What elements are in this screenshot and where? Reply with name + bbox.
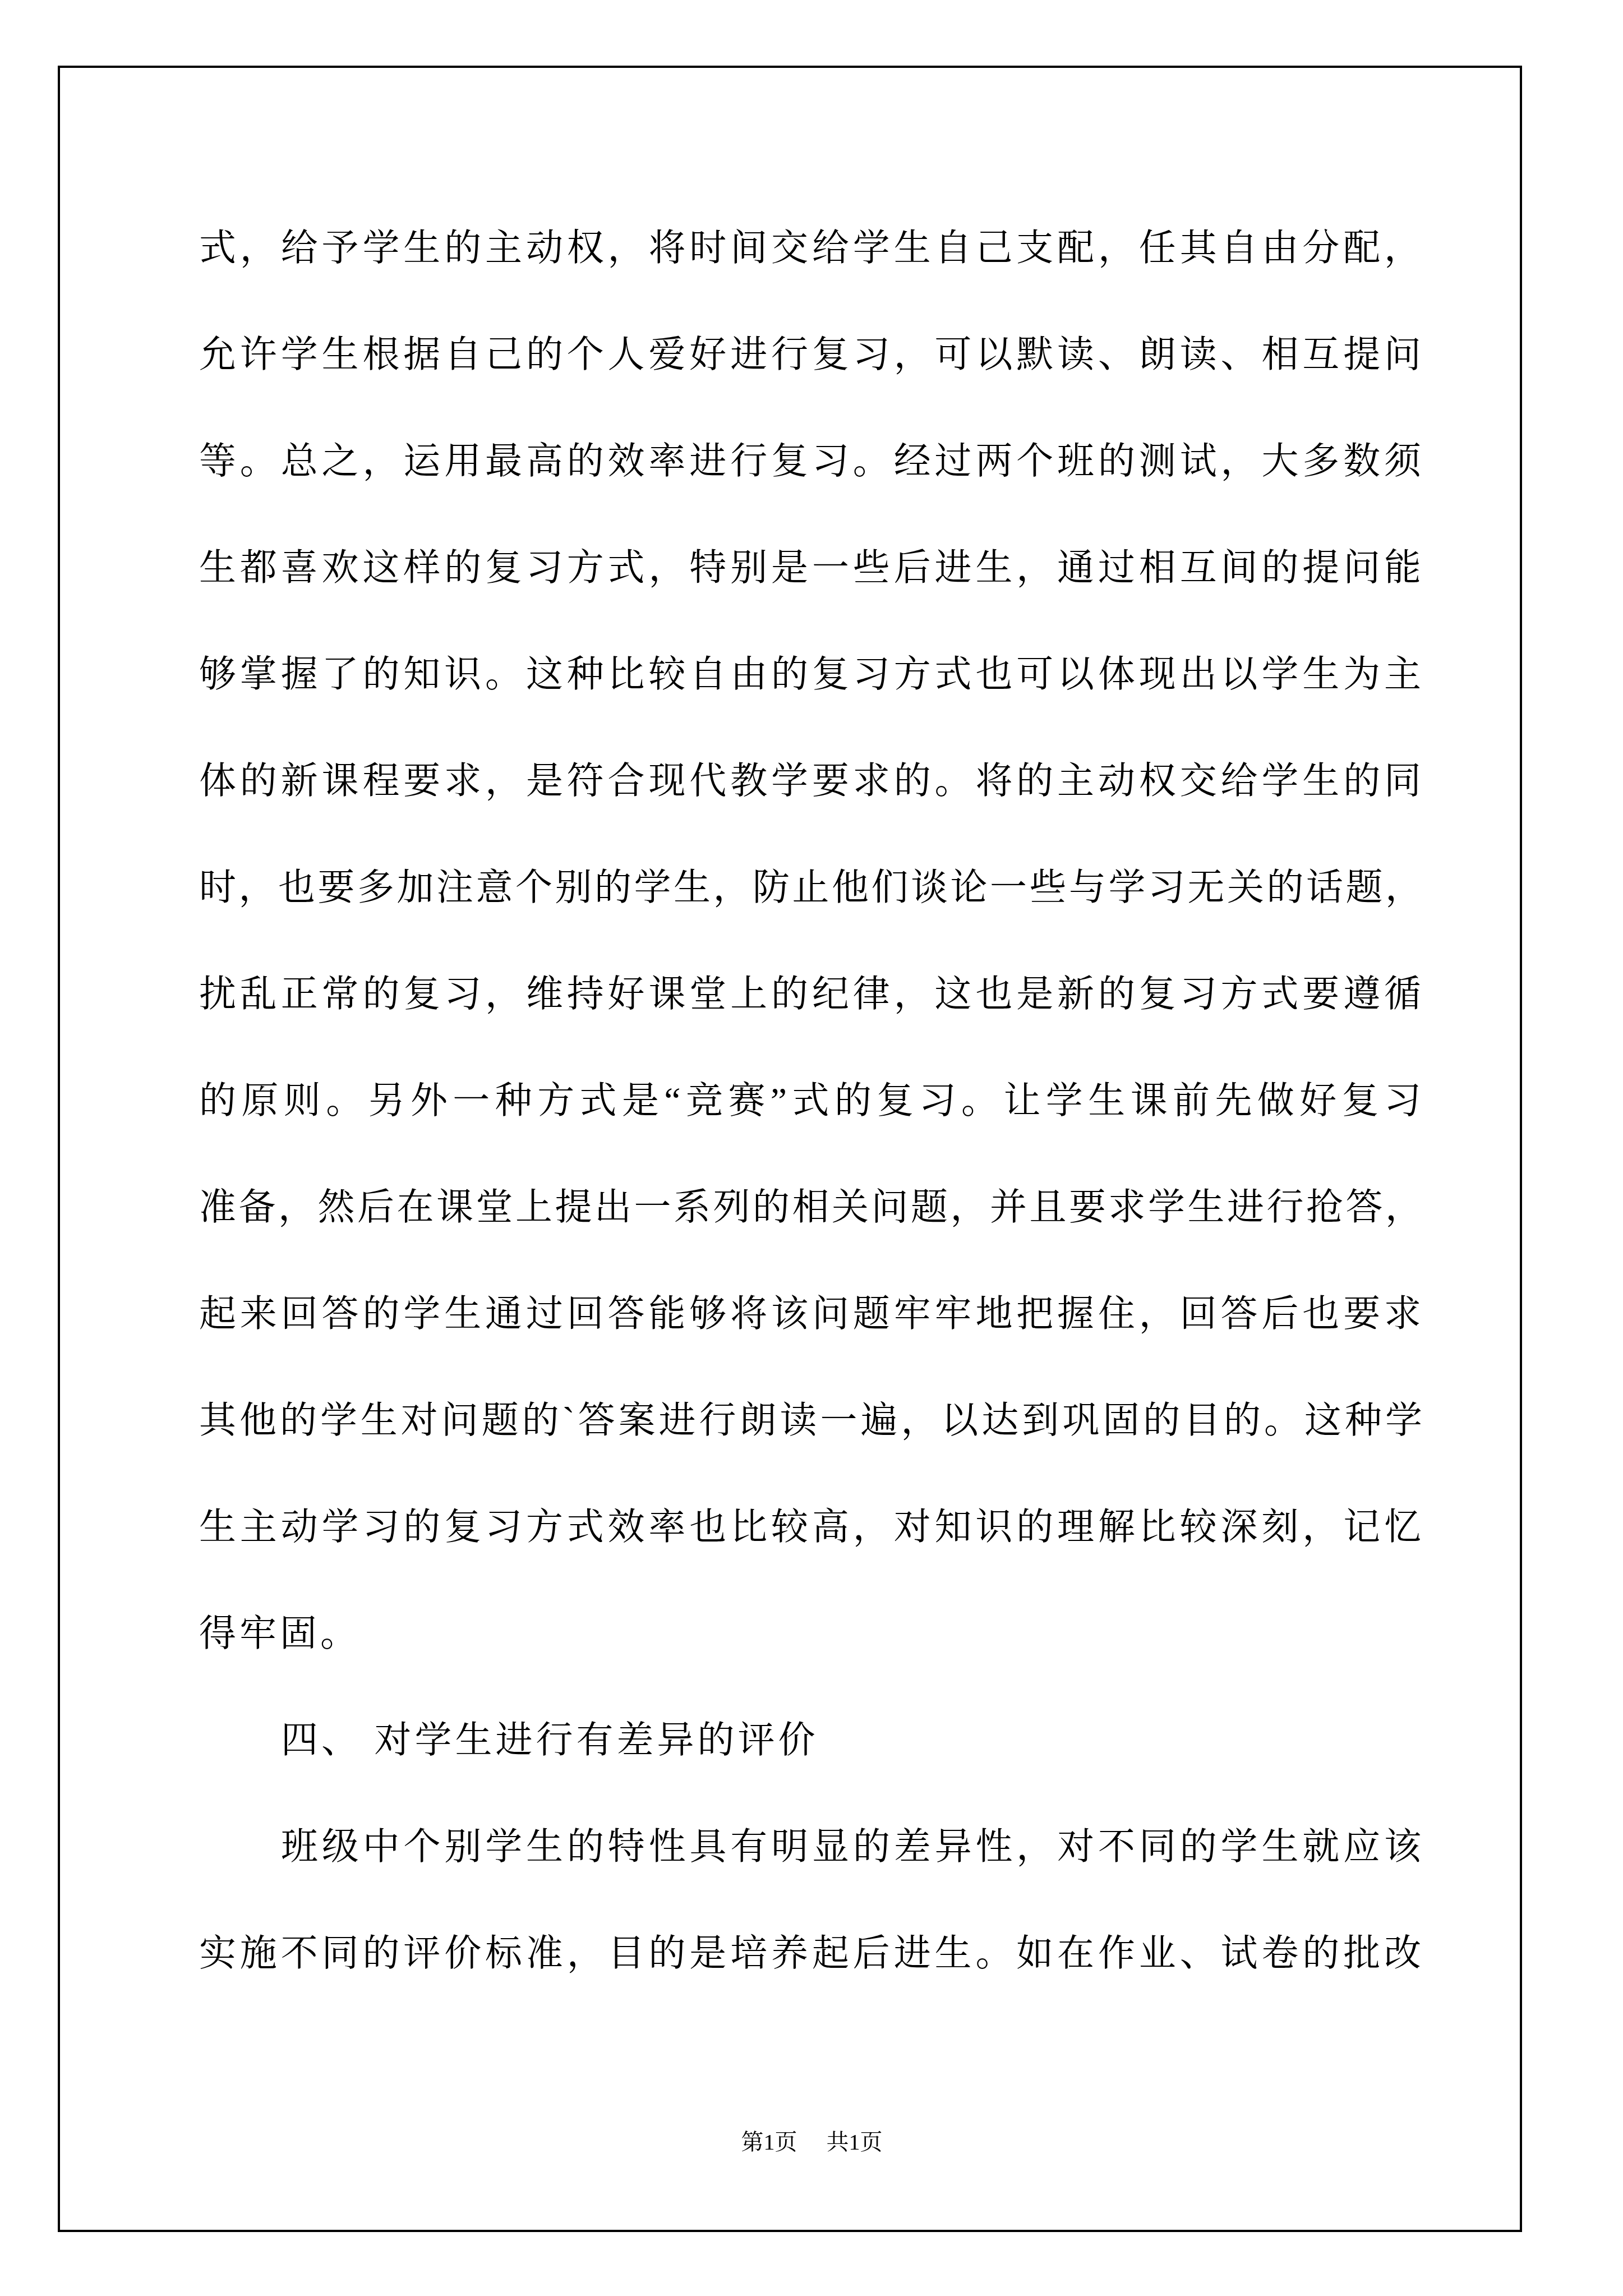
text-line: 体的新课程要求，是符合现代教学要求的。将的主动权交给学生的同 <box>199 728 1424 835</box>
section-heading: 四、 对学生进行有差异的评价 <box>199 1687 1424 1794</box>
text-line: 实施不同的评价标准，目的是培养起后进生。如在作业、试卷的批改 <box>199 1901 1424 2007</box>
text-line: 时，也要多加注意个别的学生，防止他们谈论一些与学习无关的话题， <box>199 835 1424 941</box>
text-line: 够掌握了的知识。这种比较自由的复习方式也可以体现出以学生为主 <box>199 622 1424 728</box>
text-line: 等。总之，运用最高的效率进行复习。经过两个班的测试，大多数须 <box>199 408 1424 515</box>
paragraph-end-line: 得牢固。 <box>199 1581 1424 1687</box>
text-line: 准备，然后在课堂上提出一系列的相关问题，并且要求学生进行抢答， <box>199 1154 1424 1261</box>
text-line: 允许学生根据自己的个人爱好进行复习，可以默读、朗读、相互提问 <box>199 302 1424 408</box>
document-body: 式，给予学生的主动权，将时间交给学生自己支配，任其自由分配， 允许学生根据自己的… <box>199 195 1424 2007</box>
page-number-label: 第1页 <box>741 2129 797 2155</box>
text-line: 其他的学生对问题的`答案进行朗读一遍，以达到巩固的目的。这种学 <box>199 1368 1424 1474</box>
text-line: 生都喜欢这样的复习方式，特别是一些后进生，通过相互间的提问能 <box>199 515 1424 622</box>
text-line: 的原则。另外一种方式是“竞赛”式的复习。让学生课前先做好复习 <box>199 1048 1424 1154</box>
text-line: 起来回答的学生通过回答能够将该问题牢牢地把握住，回答后也要求 <box>199 1261 1424 1368</box>
text-line: 班级中个别学生的特性具有明显的差异性，对不同的学生就应该 <box>199 1794 1424 1901</box>
text-line: 式，给予学生的主动权，将时间交给学生自己支配，任其自由分配， <box>199 195 1424 302</box>
text-line: 生主动学习的复习方式效率也比较高，对知识的理解比较深刻，记忆 <box>199 1474 1424 1581</box>
page-footer: 第1页共1页 <box>199 2129 1424 2155</box>
page-total-label: 共1页 <box>827 2129 883 2155</box>
document-page: 式，给予学生的主动权，将时间交给学生自己支配，任其自由分配， 允许学生根据自己的… <box>0 0 1623 2296</box>
text-line: 扰乱正常的复习，维持好课堂上的纪律，这也是新的复习方式要遵循 <box>199 941 1424 1048</box>
